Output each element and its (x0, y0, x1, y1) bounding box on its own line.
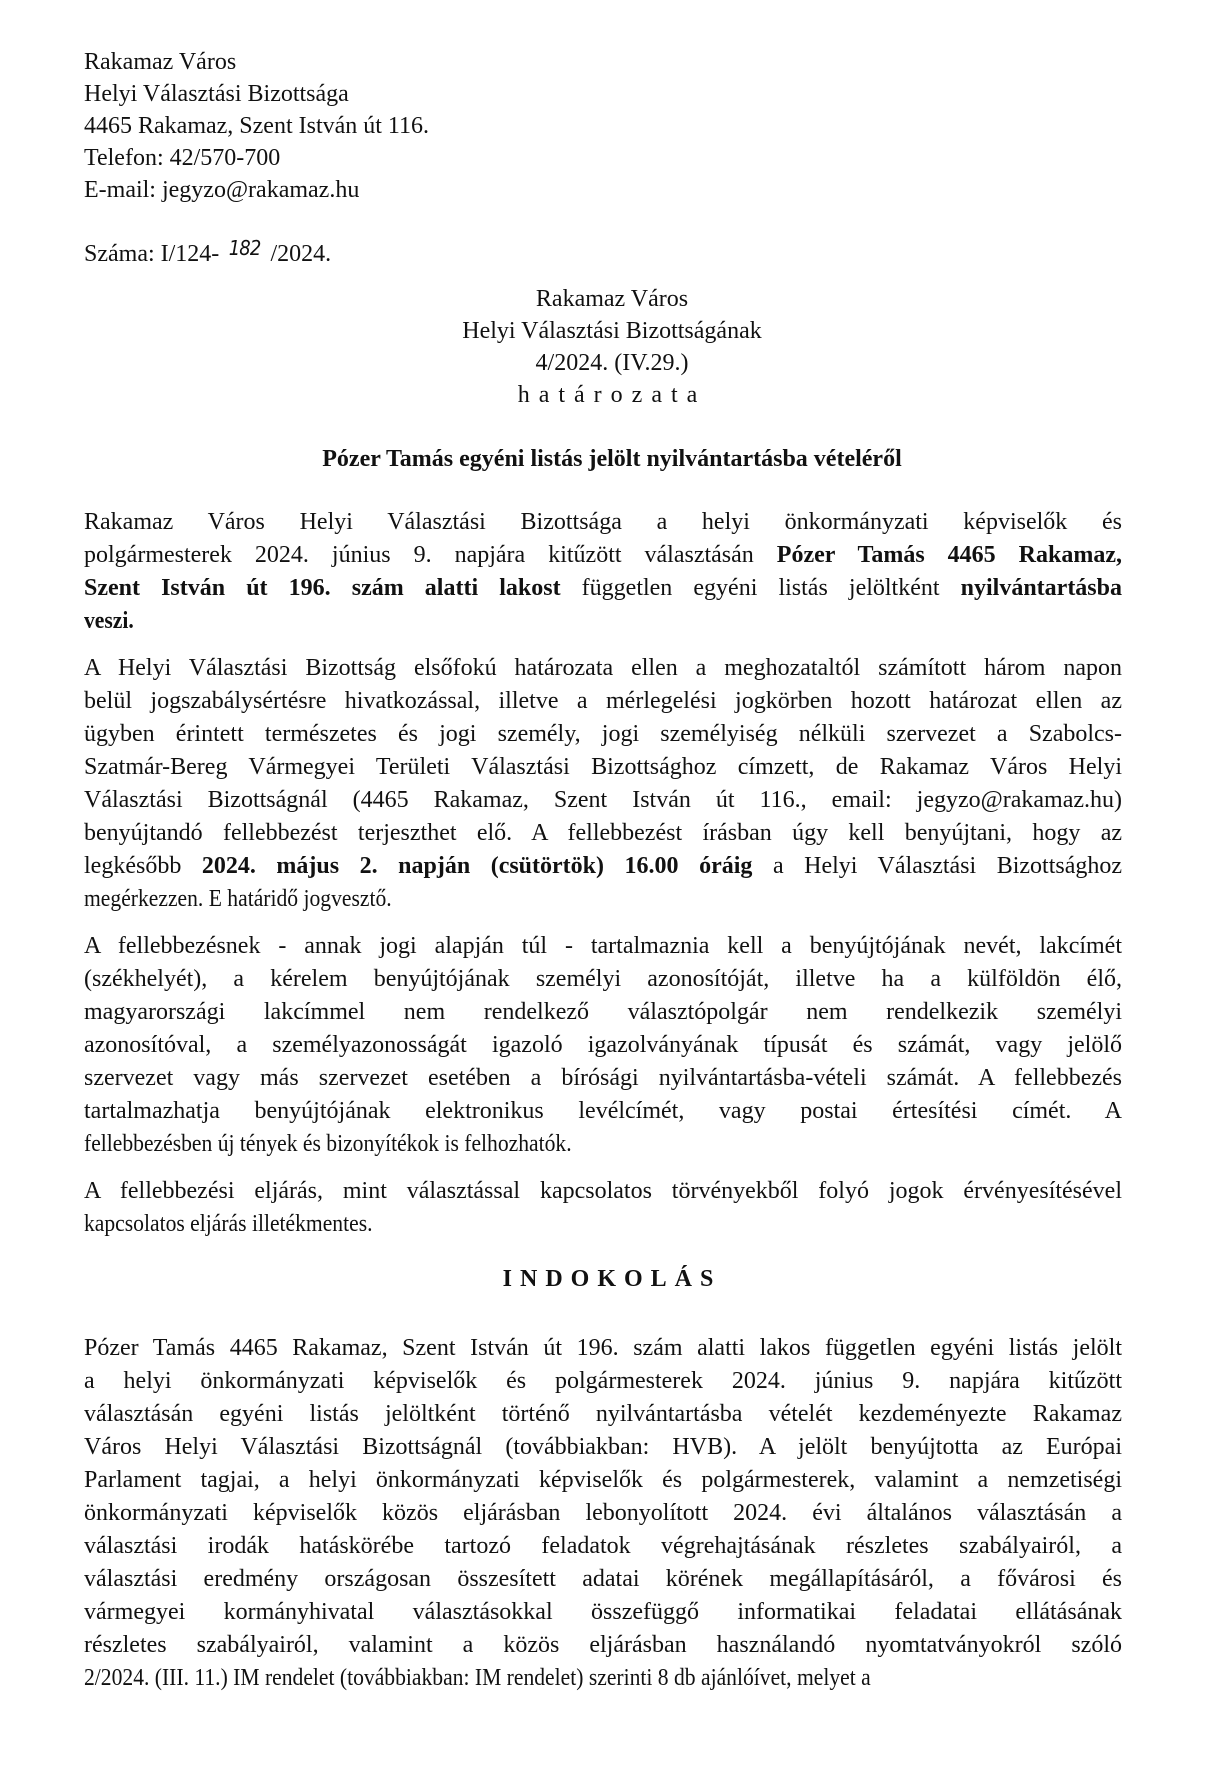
text-line: Parlament tagjai, a helyi önkormányzati … (84, 1464, 1122, 1497)
heading-resolution-label: határozata (0, 379, 1224, 411)
paragraph-fee-exemption: A fellebbezési eljárás, mint választássa… (84, 1175, 1122, 1241)
sender-address-block: Rakamaz Város Helyi Választási Bizottság… (84, 46, 429, 206)
text-line: kapcsolatos eljárás illetékmentes. (84, 1208, 1122, 1241)
text: A Helyi Választási Bizottság elsőfokú ha… (84, 655, 1122, 681)
reference-prefix: Száma: I/124- (84, 241, 225, 267)
text-line: azonosítóval, a személyazonosságát igazo… (84, 1029, 1122, 1062)
text-line: választásán egyéni listás jelöltként tör… (84, 1398, 1122, 1431)
handwritten-number: 182 (227, 232, 262, 264)
section-heading-reasoning: INDOKOLÁS (0, 1263, 1224, 1295)
text: Rakamaz Város Helyi Választási Bizottság… (84, 509, 1122, 535)
text-line: a helyi önkormányzati képviselők és polg… (84, 1365, 1122, 1398)
bold-text: Pózer Tamás 4465 Rakamaz, (777, 542, 1122, 568)
text: belül jogszabálysértésre hivatkozással, … (84, 688, 1122, 714)
sender-committee: Helyi Választási Bizottsága (84, 78, 429, 110)
text-line: fellebbezésben új tények és bizonyítékok… (84, 1128, 1122, 1161)
text: Parlament tagjai, a helyi önkormányzati … (84, 1467, 1122, 1493)
bold-text: 2024. május 2. napján (csütörtök) 16.00 … (202, 853, 753, 879)
text: szervezet vagy más szervezet esetében a … (84, 1065, 1122, 1091)
text-line: választási eredmény országosan összesíte… (84, 1563, 1122, 1596)
text: legkésőbb (84, 853, 202, 879)
text: fellebbezésben új tények és bizonyítékok… (84, 1131, 572, 1157)
text-line: szervezet vagy más szervezet esetében a … (84, 1062, 1122, 1095)
text: Választási Bizottságnál (4465 Rakamaz, S… (84, 787, 1122, 813)
text-line: benyújtandó fellebbezést terjeszthet elő… (84, 817, 1122, 850)
text: választási irodák hatáskörébe tartozó fe… (84, 1533, 1122, 1559)
document-title: Pózer Tamás egyéni listás jelölt nyilván… (0, 443, 1224, 475)
text-line: Pózer Tamás 4465 Rakamaz, Szent István ú… (84, 1332, 1122, 1365)
paragraph-appeal-contents: A fellebbezésnek - annak jogi alapján tú… (84, 930, 1122, 1161)
text-line: ügyben érintett természetes és jogi szem… (84, 718, 1122, 751)
resolution-heading: Rakamaz Város Helyi Választási Bizottság… (0, 283, 1224, 411)
text: Város Helyi Választási Bizottságnál (tov… (84, 1434, 1122, 1460)
text: magyarországi lakcímmel nem rendelkező v… (84, 999, 1122, 1025)
text-line: tartalmazhatja benyújtójának elektroniku… (84, 1095, 1122, 1128)
text: Pózer Tamás 4465 Rakamaz, Szent István ú… (84, 1335, 1122, 1361)
text: (székhelyét), a kérelem benyújtójának sz… (84, 966, 1122, 992)
sender-phone: Telefon: 42/570-700 (84, 142, 429, 174)
text: részletes szabályairól, valamint a közös… (84, 1632, 1122, 1658)
text: vármegyei kormányhivatal választásokkal … (84, 1599, 1122, 1625)
text: a helyi önkormányzati képviselők és polg… (84, 1368, 1122, 1394)
sender-email: E-mail: jegyzo@rakamaz.hu (84, 174, 429, 206)
text: független egyéni listás jelöltként (561, 575, 961, 601)
text: A fellebbezésnek - annak jogi alapján tú… (84, 933, 1122, 959)
text-line: részletes szabályairól, valamint a közös… (84, 1629, 1122, 1662)
text-line: A fellebbezési eljárás, mint választássa… (84, 1175, 1122, 1208)
text-line: Város Helyi Választási Bizottságnál (tov… (84, 1431, 1122, 1464)
paragraph-reasoning: Pózer Tamás 4465 Rakamaz, Szent István ú… (84, 1332, 1122, 1695)
text-line: Szent István út 196. szám alatti lakost … (84, 572, 1122, 605)
sender-name: Rakamaz Város (84, 46, 429, 78)
text-line: legkésőbb 2024. május 2. napján (csütört… (84, 850, 1122, 883)
text: Szatmár-Bereg Vármegyei Területi Választ… (84, 754, 1122, 780)
heading-resolution-number: 4/2024. (IV.29.) (0, 347, 1224, 379)
text-line: vármegyei kormányhivatal választásokkal … (84, 1596, 1122, 1629)
paragraph-decision: Rakamaz Város Helyi Választási Bizottság… (84, 506, 1122, 638)
text-line: Szatmár-Bereg Vármegyei Területi Választ… (84, 751, 1122, 784)
text: ügyben érintett természetes és jogi szem… (84, 721, 1122, 747)
text-line: veszi. (84, 605, 1122, 638)
text: azonosítóval, a személyazonosságát igazo… (84, 1032, 1122, 1058)
text: kapcsolatos eljárás illetékmentes. (84, 1211, 373, 1237)
bold-text: veszi. (84, 608, 134, 634)
text-line: magyarországi lakcímmel nem rendelkező v… (84, 996, 1122, 1029)
text: önkormányzati képviselők közös eljárásba… (84, 1500, 1122, 1526)
text-line: (székhelyét), a kérelem benyújtójának sz… (84, 963, 1122, 996)
text: 2/2024. (III. 11.) IM rendelet (továbbia… (84, 1665, 871, 1691)
bold-text: nyilvántartásba (961, 575, 1122, 601)
text: benyújtandó fellebbezést terjeszthet elő… (84, 820, 1122, 846)
text: tartalmazhatja benyújtójának elektroniku… (84, 1098, 1122, 1124)
text-line: belül jogszabálysértésre hivatkozással, … (84, 685, 1122, 718)
reference-suffix: /2024. (264, 241, 331, 267)
text: választásán egyéni listás jelöltként tör… (84, 1401, 1122, 1427)
text-line: Rakamaz Város Helyi Választási Bizottság… (84, 506, 1122, 539)
reference-number: Száma: I/124- 182 /2024. (84, 238, 331, 270)
text: megérkezzen. E határidő jogvesztő. (84, 886, 392, 912)
text: polgármesterek 2024. június 9. napjára k… (84, 542, 777, 568)
text-line: Választási Bizottságnál (4465 Rakamaz, S… (84, 784, 1122, 817)
bold-text: Szent István út 196. szám alatti lakost (84, 575, 561, 601)
heading-committee: Helyi Választási Bizottságának (0, 315, 1224, 347)
text-line: önkormányzati képviselők közös eljárásba… (84, 1497, 1122, 1530)
document-page: Rakamaz Város Helyi Választási Bizottság… (0, 0, 1224, 1772)
text: A fellebbezési eljárás, mint választássa… (84, 1178, 1122, 1204)
text-line: polgármesterek 2024. június 9. napjára k… (84, 539, 1122, 572)
text-line: megérkezzen. E határidő jogvesztő. (84, 883, 1122, 916)
text: a Helyi Választási Bizottsághoz (752, 853, 1122, 879)
text: választási eredmény országosan összesíte… (84, 1566, 1122, 1592)
text-line: A Helyi Választási Bizottság elsőfokú ha… (84, 652, 1122, 685)
paragraph-appeal-rights: A Helyi Választási Bizottság elsőfokú ha… (84, 652, 1122, 916)
sender-address: 4465 Rakamaz, Szent István út 116. (84, 110, 429, 142)
text-line: választási irodák hatáskörébe tartozó fe… (84, 1530, 1122, 1563)
text-line: A fellebbezésnek - annak jogi alapján tú… (84, 930, 1122, 963)
heading-city: Rakamaz Város (0, 283, 1224, 315)
text-line: 2/2024. (III. 11.) IM rendelet (továbbia… (84, 1662, 1122, 1695)
